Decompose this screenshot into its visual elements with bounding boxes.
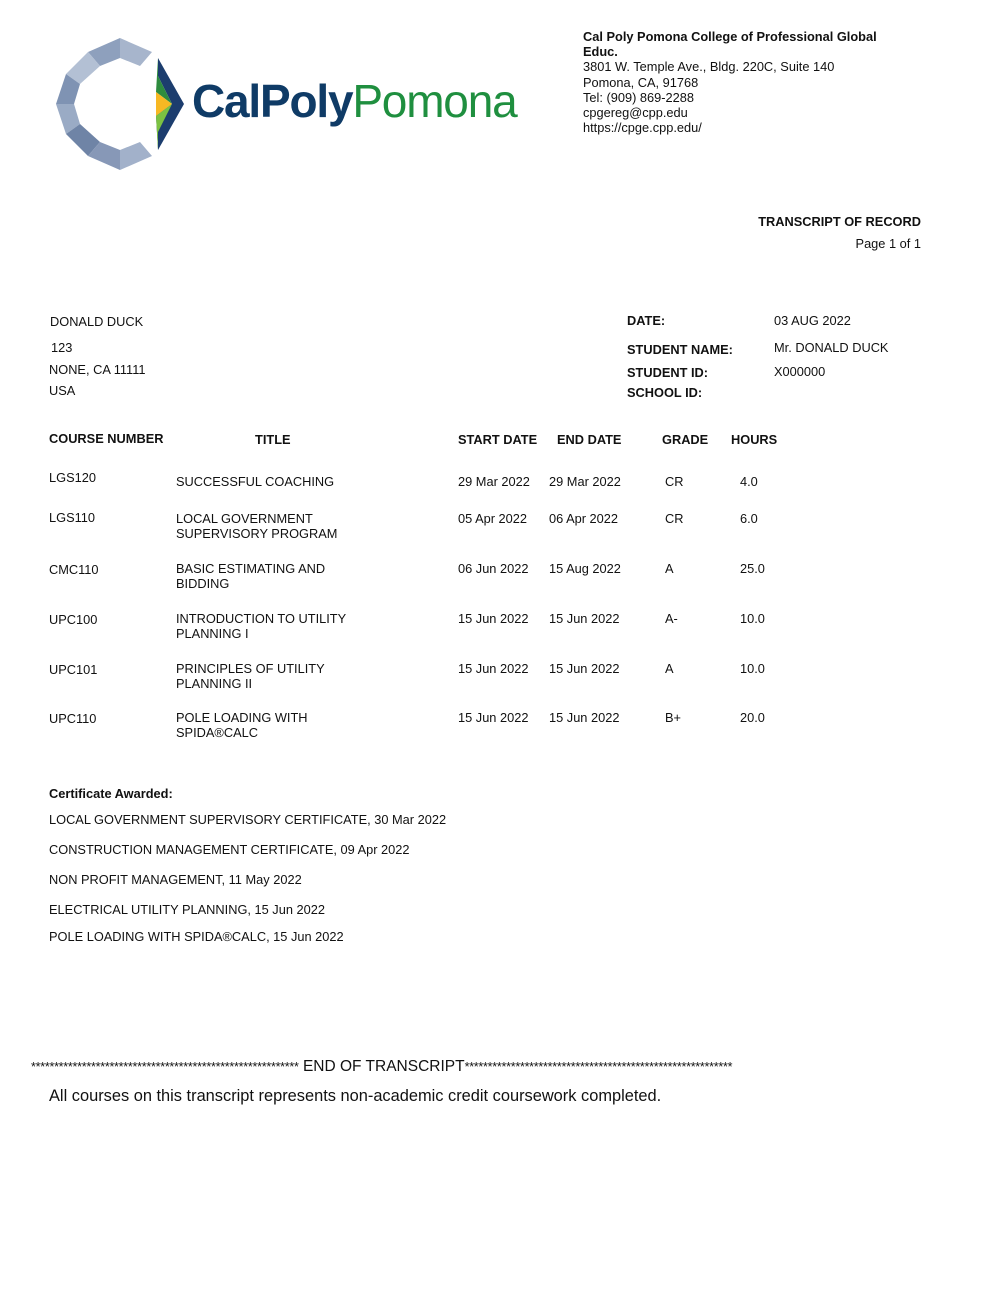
course-grade: A- [665,611,678,626]
student-name-value: Mr. DONALD DUCK [774,340,888,355]
course-title: LOCAL GOVERNMENTSUPERVISORY PROGRAM [176,511,337,541]
institution-address-line1: 3801 W. Temple Ave., Bldg. 220C, Suite 1… [583,59,903,74]
course-title-line: POLE LOADING WITH [176,710,308,725]
stars-left: ****************************************… [31,1060,299,1074]
institution-website: https://cpge.cpp.edu/ [583,120,903,135]
student-id-value: X000000 [774,364,825,379]
header-start-date: START DATE [458,432,537,447]
student-address-line2: NONE, CA 11111 [49,362,146,377]
course-hours: 10.0 [740,661,765,676]
course-title: PRINCIPLES OF UTILITYPLANNING II [176,661,325,691]
course-title-line: BASIC ESTIMATING AND [176,561,325,576]
date-value: 03 AUG 2022 [774,313,851,328]
header-course-number: COURSE NUMBER [49,431,163,446]
institution-name: Cal Poly Pomona College of Professional … [583,29,903,59]
course-end-date: 15 Jun 2022 [549,710,619,725]
course-end-date: 29 Mar 2022 [549,474,621,489]
course-title: POLE LOADING WITHSPIDA®CALC [176,710,308,740]
course-end-date: 15 Aug 2022 [549,561,621,576]
course-number: UPC100 [49,612,97,627]
wordmark-pomona: Pomona [352,75,516,127]
institution-block: Cal Poly Pomona College of Professional … [583,29,903,135]
end-of-transcript-banner: ****************************************… [31,1058,732,1076]
date-label: DATE: [627,313,665,328]
certificate-item: POLE LOADING WITH SPIDA®CALC, 15 Jun 202… [49,929,344,944]
course-number: UPC110 [49,711,96,726]
course-start-date: 06 Jun 2022 [458,561,528,576]
course-title-line: SPIDA®CALC [176,725,308,740]
wordmark-calpoly: CalPoly [192,75,352,127]
course-title-line: PLANNING I [176,626,346,641]
course-title-line: INTRODUCTION TO UTILITY [176,611,346,626]
header-grade: GRADE [662,432,708,447]
certificate-item: LOCAL GOVERNMENT SUPERVISORY CERTIFICATE… [49,812,446,827]
student-address-line1: 123 [51,340,72,355]
course-hours: 6.0 [740,511,758,526]
course-number: LGS110 [49,510,95,525]
student-address-name: DONALD DUCK [50,314,143,329]
course-grade: A [665,561,674,576]
course-title: BASIC ESTIMATING ANDBIDDING [176,561,325,591]
course-grade: A [665,661,674,676]
course-end-date: 15 Jun 2022 [549,661,619,676]
course-title-line: SUPERVISORY PROGRAM [176,526,337,541]
institution-address-line2: Pomona, CA, 91768 [583,75,903,90]
header-title: TITLE [255,432,291,447]
student-name-label: STUDENT NAME: [627,342,733,357]
course-start-date: 15 Jun 2022 [458,661,528,676]
course-hours: 4.0 [740,474,758,489]
course-hours: 25.0 [740,561,765,576]
octagon-ring-icon [52,36,187,171]
course-number: CMC110 [49,562,99,577]
institution-phone: Tel: (909) 869-2288 [583,90,903,105]
course-hours: 10.0 [740,611,765,626]
course-grade: CR [665,474,683,489]
institution-email: cpgereg@cpp.edu [583,105,903,120]
logo-wordmark: CalPolyPomona [192,78,516,124]
header-hours: HOURS [731,432,777,447]
course-title-line: BIDDING [176,576,325,591]
header-end-date: END DATE [557,432,621,447]
student-id-label: STUDENT ID: [627,365,708,380]
student-address-country: USA [49,383,75,398]
certificate-item: CONSTRUCTION MANAGEMENT CERTIFICATE, 09 … [49,842,410,857]
course-start-date: 05 Apr 2022 [458,511,527,526]
end-of-transcript-text: END OF TRANSCRIPT [299,1058,465,1075]
course-grade: CR [665,511,683,526]
document-title: TRANSCRIPT OF RECORD [758,214,921,229]
certificate-item: ELECTRICAL UTILITY PLANNING, 15 Jun 2022 [49,902,325,917]
certificates-heading: Certificate Awarded: [49,786,173,801]
course-end-date: 15 Jun 2022 [549,611,619,626]
course-title-line: SUCCESSFUL COACHING [176,474,334,489]
course-title-line: PRINCIPLES OF UTILITY [176,661,325,676]
course-title: INTRODUCTION TO UTILITYPLANNING I [176,611,346,641]
school-id-label: SCHOOL ID: [627,385,702,400]
course-title-line: LOCAL GOVERNMENT [176,511,337,526]
course-start-date: 29 Mar 2022 [458,474,530,489]
course-end-date: 06 Apr 2022 [549,511,618,526]
course-title-line: PLANNING II [176,676,325,691]
course-start-date: 15 Jun 2022 [458,611,528,626]
transcript-note: All courses on this transcript represent… [49,1087,661,1106]
course-title: SUCCESSFUL COACHING [176,474,334,489]
course-number: LGS120 [49,470,96,485]
page-indicator: Page 1 of 1 [856,236,921,251]
cal-poly-pomona-logo: CalPolyPomona [52,36,512,171]
certificate-item: NON PROFIT MANAGEMENT, 11 May 2022 [49,872,302,887]
course-start-date: 15 Jun 2022 [458,710,528,725]
course-hours: 20.0 [740,710,765,725]
course-number: UPC101 [49,662,97,677]
course-grade: B+ [665,710,681,725]
stars-right: ****************************************… [465,1060,733,1074]
